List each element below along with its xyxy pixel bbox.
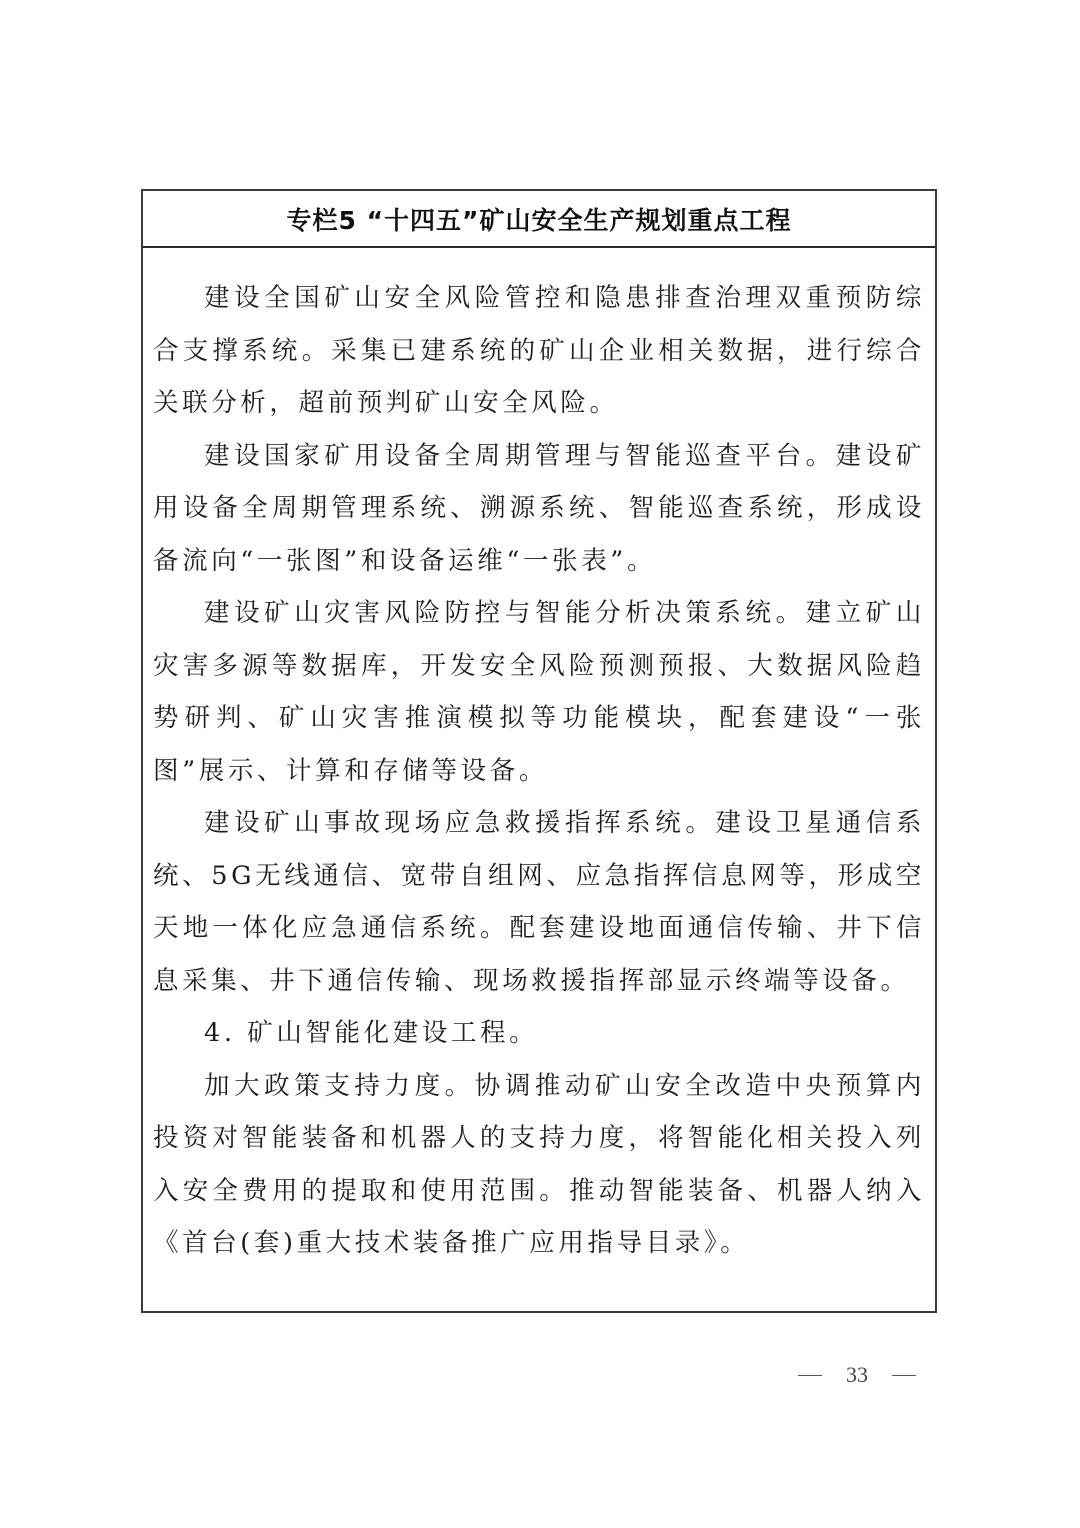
paragraph-policy-support: 加大政策支持力度。协调推动矿山安全改造中央预算内投资对智能装备和机器人的支持力度… bbox=[153, 1060, 925, 1270]
paragraph-risk-control-system: 建设全国矿山安全风险管控和隐患排查治理双重预防综合支撑系统。采集已建系统的矿山企… bbox=[153, 272, 925, 430]
feature-box: 专栏5 “十四五”矿山安全生产规划重点工程 建设全国矿山安全风险管控和隐患排查治… bbox=[141, 189, 937, 1313]
box-title: 专栏5 “十四五”矿山安全生产规划重点工程 bbox=[143, 191, 935, 248]
paragraph-rescue-command-system: 建设矿山事故现场应急救援指挥系统。建设卫星通信系统、5G无线通信、宽带自组网、应… bbox=[153, 797, 925, 1007]
section-heading-intelligent-mining: 4. 矿山智能化建设工程。 bbox=[153, 1007, 925, 1060]
page-number: 33 bbox=[846, 1362, 868, 1388]
page-footer: 33 bbox=[798, 1362, 916, 1388]
dash-left bbox=[798, 1375, 822, 1376]
dash-right bbox=[892, 1375, 916, 1376]
box-body: 建设全国矿山安全风险管控和隐患排查治理双重预防综合支撑系统。采集已建系统的矿山企… bbox=[143, 248, 935, 1270]
paragraph-equipment-platform: 建设国家矿用设备全周期管理与智能巡查平台。建设矿用设备全周期管理系统、溯源系统、… bbox=[153, 430, 925, 588]
paragraph-disaster-decision-system: 建设矿山灾害风险防控与智能分析决策系统。建立矿山灾害多源等数据库，开发安全风险预… bbox=[153, 587, 925, 797]
